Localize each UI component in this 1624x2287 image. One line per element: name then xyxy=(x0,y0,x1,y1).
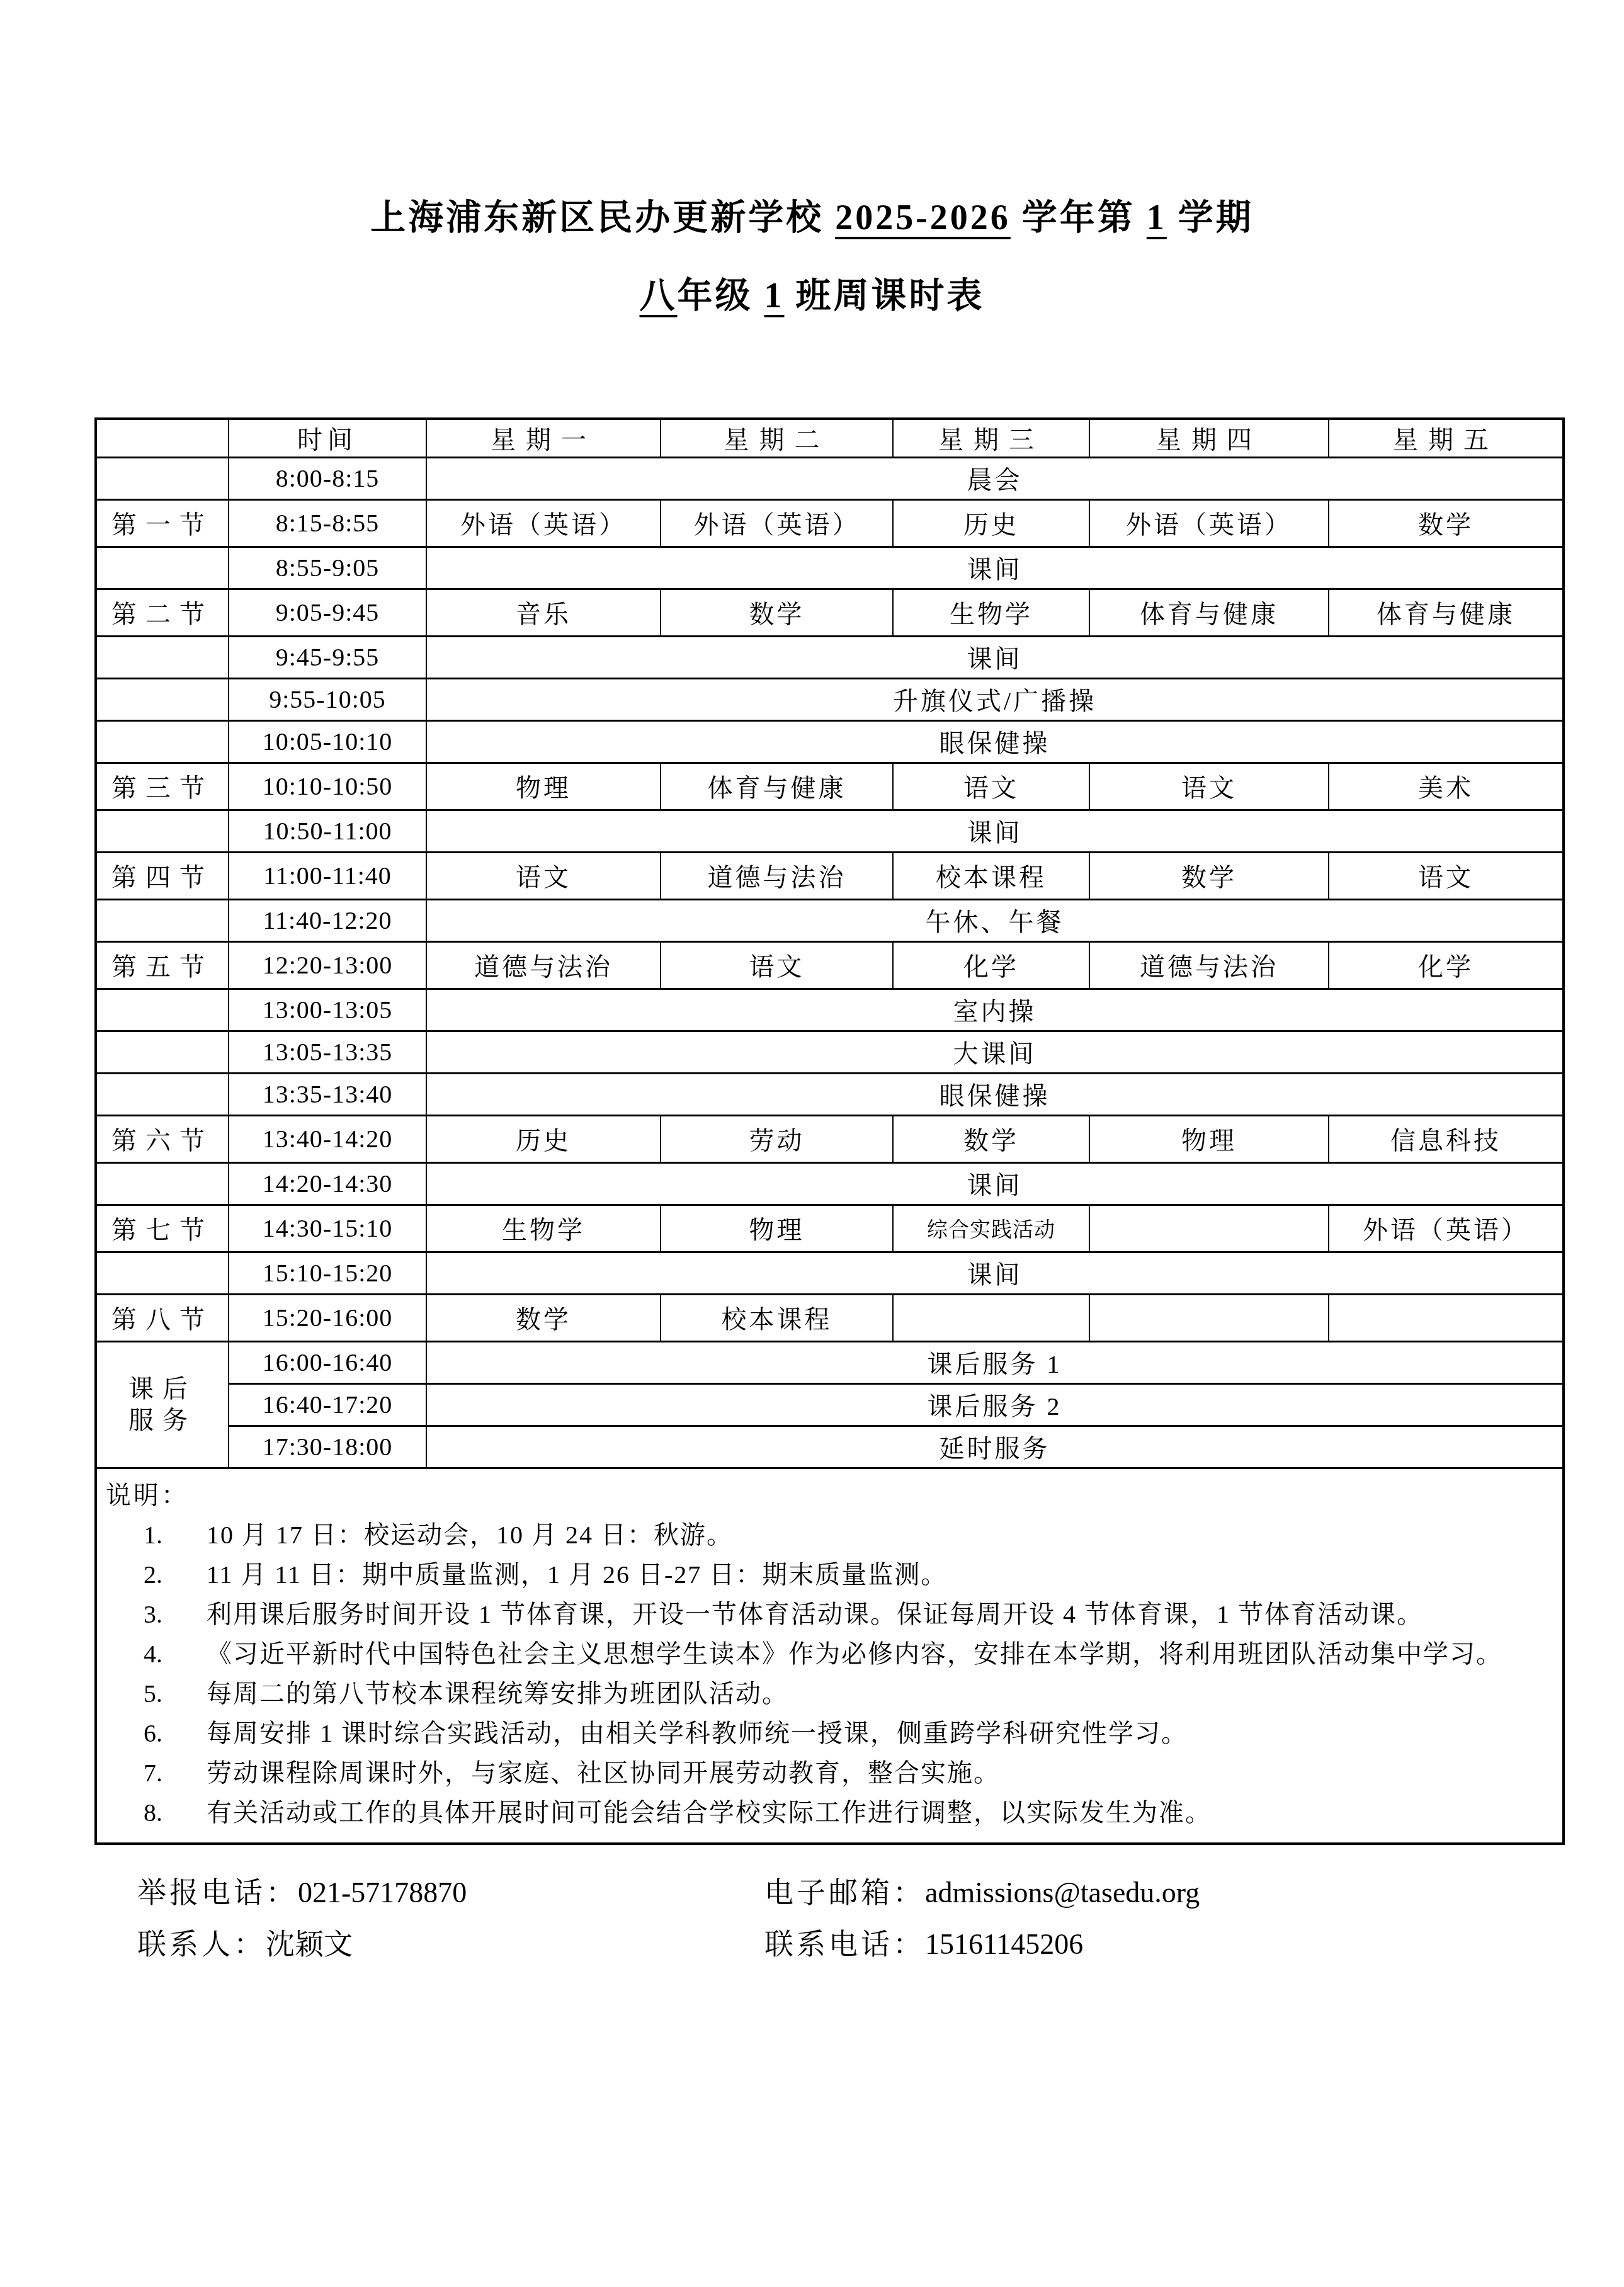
page-title-line2: 八年级 1 班周课时表 xyxy=(0,276,1624,316)
table-row: 第三节10:10-10:50物理体育与健康语文语文美术 xyxy=(96,763,1564,810)
note-number: 5. xyxy=(144,1674,162,1713)
merged-activity-cell: 课间 xyxy=(426,1252,1564,1294)
subject-cell: 数学 xyxy=(1089,852,1329,899)
subject-cell: 美术 xyxy=(1329,763,1564,810)
subject-cell: 数学 xyxy=(893,1115,1089,1162)
period-label-cell xyxy=(96,1073,229,1115)
day-header-tuesday: 星期二 xyxy=(661,419,893,457)
merged-activity-cell: 课间 xyxy=(426,547,1564,589)
subject-cell: 音乐 xyxy=(426,589,661,636)
merged-activity-cell: 课间 xyxy=(426,636,1564,678)
period-label-cell: 第六节 xyxy=(96,1115,229,1162)
time-cell: 9:05-9:45 xyxy=(229,589,426,636)
note-item: 8.有关活动或工作的具体开展时间可能会结合学校实际工作进行调整，以实际发生为准。 xyxy=(106,1793,1559,1832)
period-label-cell xyxy=(96,1252,229,1294)
table-row: 10:05-10:10眼保健操 xyxy=(96,720,1564,763)
period-label-cell: 第八节 xyxy=(96,1294,229,1341)
time-cell: 9:55-10:05 xyxy=(229,678,426,720)
period-label-cell: 第二节 xyxy=(96,589,229,636)
subject-cell: 体育与健康 xyxy=(1089,589,1329,636)
table-row: 8:00-8:15晨会 xyxy=(96,457,1564,499)
period-label-cell xyxy=(96,989,229,1031)
subject-cell: 校本课程 xyxy=(893,852,1089,899)
subject-cell xyxy=(1329,1294,1564,1341)
period-label-line: 服务 xyxy=(97,1405,228,1436)
subject-cell: 道德与法治 xyxy=(661,852,893,899)
period-label-cell: 第七节 xyxy=(96,1205,229,1252)
table-row: 说明：1.10 月 17 日：校运动会，10 月 24 日：秋游。2.11 月 … xyxy=(96,1468,1564,1844)
subject-cell: 数学 xyxy=(661,589,893,636)
table-row: 13:00-13:05室内操 xyxy=(96,989,1564,1031)
table-row: 10:50-11:00课间 xyxy=(96,810,1564,852)
contact-value: admissions@tasedu.org xyxy=(925,1876,1200,1909)
table-row: 第六节13:40-14:20历史劳动数学物理信息科技 xyxy=(96,1115,1564,1162)
subject-cell: 历史 xyxy=(893,499,1089,547)
subject-cell: 语文 xyxy=(1089,763,1329,810)
subject-cell: 外语（英语） xyxy=(661,499,893,547)
subject-cell: 道德与法治 xyxy=(426,941,661,989)
table-row: 16:40-17:20课后服务 2 xyxy=(96,1383,1564,1426)
note-item: 3.利用课后服务时间开设 1 节体育课，开设一节体育活动课。保证每周开设 4 节… xyxy=(106,1594,1559,1634)
subject-cell: 物理 xyxy=(426,763,661,810)
notes-cell: 说明：1.10 月 17 日：校运动会，10 月 24 日：秋游。2.11 月 … xyxy=(96,1468,1564,1844)
subject-cell: 外语（英语） xyxy=(426,499,661,547)
table-row: 8:55-9:05课间 xyxy=(96,547,1564,589)
day-header-friday: 星期五 xyxy=(1329,419,1564,457)
contact-label: 联系电话： xyxy=(764,1928,925,1960)
subject-cell: 数学 xyxy=(1329,499,1564,547)
title-underlined-segment: 八 xyxy=(640,276,678,315)
contact-row: 联系人：沈颖文联系电话：15161145206 xyxy=(137,1927,1535,1962)
table-row: 14:20-14:30课间 xyxy=(96,1162,1564,1205)
period-label-cell: 课后服务 xyxy=(96,1341,229,1468)
subject-cell: 数学 xyxy=(426,1294,661,1341)
subject-cell: 历史 xyxy=(426,1115,661,1162)
subject-cell: 化学 xyxy=(893,941,1089,989)
note-item: 2.11 月 11 日：期中质量监测，1 月 26 日-27 日：期末质量监测。 xyxy=(106,1555,1559,1594)
note-number: 1. xyxy=(144,1515,162,1555)
subject-cell: 综合实践活动 xyxy=(893,1205,1089,1252)
note-number: 8. xyxy=(144,1793,162,1832)
time-cell: 11:00-11:40 xyxy=(229,852,426,899)
note-number: 4. xyxy=(144,1634,162,1674)
note-text: 10 月 17 日：校运动会，10 月 24 日：秋游。 xyxy=(207,1521,733,1549)
title-segment: 学期 xyxy=(1167,198,1254,237)
contact-value: 021-57178870 xyxy=(298,1876,467,1909)
contact-block: 举报电话：021-57178870电子邮箱：admissions@tasedu.… xyxy=(137,1875,1535,1978)
table-row: 9:45-9:55课间 xyxy=(96,636,1564,678)
contact-label: 电子邮箱： xyxy=(764,1876,925,1909)
subject-cell xyxy=(893,1294,1089,1341)
subject-cell: 语文 xyxy=(893,763,1089,810)
time-cell: 14:20-14:30 xyxy=(229,1162,426,1205)
day-header-monday: 星期一 xyxy=(426,419,661,457)
subject-cell xyxy=(1089,1294,1329,1341)
period-label-line: 课后 xyxy=(97,1373,228,1405)
subject-cell: 物理 xyxy=(1089,1115,1329,1162)
time-cell: 9:45-9:55 xyxy=(229,636,426,678)
period-label-cell: 第四节 xyxy=(96,852,229,899)
contact-row: 举报电话：021-57178870电子邮箱：admissions@tasedu.… xyxy=(137,1875,1535,1910)
subject-cell: 语文 xyxy=(661,941,893,989)
notes-heading: 说明： xyxy=(106,1475,1559,1515)
time-cell: 10:50-11:00 xyxy=(229,810,426,852)
note-text: 劳动课程除周课时外，与家庭、社区协同开展劳动教育，整合实施。 xyxy=(207,1759,1000,1787)
merged-activity-cell: 眼保健操 xyxy=(426,720,1564,763)
subject-cell: 体育与健康 xyxy=(661,763,893,810)
title-underlined-segment: 1 xyxy=(764,276,785,315)
period-label-cell xyxy=(96,810,229,852)
header-row: 时间星期一星期二星期三星期四星期五 xyxy=(96,419,1564,457)
table-row: 第五节12:20-13:00道德与法治语文化学道德与法治化学 xyxy=(96,941,1564,989)
period-label-cell xyxy=(96,547,229,589)
merged-activity-cell: 室内操 xyxy=(426,989,1564,1031)
merged-activity-cell: 晨会 xyxy=(426,457,1564,499)
page-title-line1: 上海浦东新区民办更新学校 2025-2026 学年第 1 学期 xyxy=(0,198,1624,238)
title-segment: 上海浦东新区民办更新学校 xyxy=(370,198,835,237)
period-label-cell: 第一节 xyxy=(96,499,229,547)
time-cell: 11:40-12:20 xyxy=(229,899,426,941)
contact-label: 联系人： xyxy=(137,1928,266,1960)
note-number: 6. xyxy=(144,1713,162,1753)
time-cell: 16:00-16:40 xyxy=(229,1341,426,1383)
note-number: 7. xyxy=(144,1753,162,1793)
subject-cell: 劳动 xyxy=(661,1115,893,1162)
note-item: 6.每周安排 1 课时综合实践活动，由相关学科教师统一授课，侧重跨学科研究性学习… xyxy=(106,1713,1559,1753)
period-label-cell xyxy=(96,678,229,720)
note-item: 7.劳动课程除周课时外，与家庭、社区协同开展劳动教育，整合实施。 xyxy=(106,1753,1559,1793)
merged-activity-cell: 课间 xyxy=(426,810,1564,852)
time-cell: 13:40-14:20 xyxy=(229,1115,426,1162)
time-cell: 13:00-13:05 xyxy=(229,989,426,1031)
table-row: 11:40-12:20午休、午餐 xyxy=(96,899,1564,941)
note-item: 5.每周二的第八节校本课程统筹安排为班团队活动。 xyxy=(106,1674,1559,1713)
merged-activity-cell: 午休、午餐 xyxy=(426,899,1564,941)
subject-cell: 生物学 xyxy=(893,589,1089,636)
table-row: 第四节11:00-11:40语文道德与法治校本课程数学语文 xyxy=(96,852,1564,899)
period-label-cell xyxy=(96,457,229,499)
contact-person: 联系人：沈颖文 xyxy=(137,1927,764,1962)
time-cell: 14:30-15:10 xyxy=(229,1205,426,1252)
period-label-cell xyxy=(96,636,229,678)
subject-cell: 道德与法治 xyxy=(1089,941,1329,989)
merged-activity-cell: 课后服务 2 xyxy=(426,1383,1564,1426)
time-cell: 13:35-13:40 xyxy=(229,1073,426,1115)
note-text: 11 月 11 日：期中质量监测，1 月 26 日-27 日：期末质量监测。 xyxy=(207,1560,947,1589)
subject-cell: 外语（英语） xyxy=(1329,1205,1564,1252)
time-cell: 8:00-8:15 xyxy=(229,457,426,499)
table-row: 课后服务16:00-16:40课后服务 1 xyxy=(96,1341,1564,1383)
note-text: 每周安排 1 课时综合实践活动，由相关学科教师统一授课，侧重跨学科研究性学习。 xyxy=(207,1719,1188,1747)
period-label-cell xyxy=(96,899,229,941)
day-header-thursday: 星期四 xyxy=(1089,419,1329,457)
contact-value: 15161145206 xyxy=(925,1928,1083,1960)
table-row: 9:55-10:05升旗仪式/广播操 xyxy=(96,678,1564,720)
title-segment: 学年第 xyxy=(1011,198,1147,237)
subject-cell: 生物学 xyxy=(426,1205,661,1252)
subject-cell: 信息科技 xyxy=(1329,1115,1564,1162)
table-row: 13:05-13:35大课间 xyxy=(96,1031,1564,1073)
table-row: 第八节15:20-16:00数学校本课程 xyxy=(96,1294,1564,1341)
title-segment: 年级 xyxy=(678,276,764,315)
merged-activity-cell: 大课间 xyxy=(426,1031,1564,1073)
document-page: 上海浦东新区民办更新学校 2025-2026 学年第 1 学期 八年级 1 班周… xyxy=(0,0,1624,2287)
note-text: 每周二的第八节校本课程统筹安排为班团队活动。 xyxy=(207,1679,788,1708)
title-underlined-segment: 2025-2026 xyxy=(835,198,1011,237)
note-item: 4.《习近平新时代中国特色社会主义思想学生读本》作为必修内容，安排在本学期，将利… xyxy=(106,1634,1559,1674)
time-cell: 10:05-10:10 xyxy=(229,720,426,763)
note-number: 2. xyxy=(144,1555,162,1594)
time-column-header: 时间 xyxy=(229,419,426,457)
day-header-wednesday: 星期三 xyxy=(893,419,1089,457)
title-segment: 班周课时表 xyxy=(785,276,985,315)
contact-label: 举报电话： xyxy=(137,1876,298,1909)
time-cell: 12:20-13:00 xyxy=(229,941,426,989)
subject-cell: 校本课程 xyxy=(661,1294,893,1341)
time-cell: 13:05-13:35 xyxy=(229,1031,426,1073)
table-row: 17:30-18:00延时服务 xyxy=(96,1426,1564,1468)
contact-value: 沈颖文 xyxy=(266,1928,353,1960)
timetable: 时间星期一星期二星期三星期四星期五 8:00-8:15晨会第一节8:15-8:5… xyxy=(94,417,1565,1845)
time-cell: 15:20-16:00 xyxy=(229,1294,426,1341)
time-cell: 8:55-9:05 xyxy=(229,547,426,589)
subject-cell: 物理 xyxy=(661,1205,893,1252)
time-cell: 8:15-8:55 xyxy=(229,499,426,547)
time-cell: 10:10-10:50 xyxy=(229,763,426,810)
period-label-cell: 第五节 xyxy=(96,941,229,989)
corner-cell xyxy=(96,419,229,457)
table-row: 第七节14:30-15:10生物学物理综合实践活动外语（英语） xyxy=(96,1205,1564,1252)
table-row: 第二节9:05-9:45音乐数学生物学体育与健康体育与健康 xyxy=(96,589,1564,636)
period-label-cell xyxy=(96,1162,229,1205)
contact-email: 电子邮箱：admissions@tasedu.org xyxy=(764,1875,1200,1910)
subject-cell: 化学 xyxy=(1329,941,1564,989)
subject-cell xyxy=(1089,1205,1329,1252)
period-label-cell xyxy=(96,1031,229,1073)
merged-activity-cell: 延时服务 xyxy=(426,1426,1564,1468)
title-underlined-segment: 1 xyxy=(1147,198,1167,237)
note-text: 有关活动或工作的具体开展时间可能会结合学校实际工作进行调整，以实际发生为准。 xyxy=(207,1798,1212,1827)
subject-cell: 语文 xyxy=(426,852,661,899)
note-text: 利用课后服务时间开设 1 节体育课，开设一节体育活动课。保证每周开设 4 节体育… xyxy=(207,1600,1423,1628)
contact-phone: 联系电话：15161145206 xyxy=(764,1927,1083,1962)
note-number: 3. xyxy=(144,1594,162,1634)
merged-activity-cell: 课后服务 1 xyxy=(426,1341,1564,1383)
time-cell: 15:10-15:20 xyxy=(229,1252,426,1294)
subject-cell: 语文 xyxy=(1329,852,1564,899)
table-row: 13:35-13:40眼保健操 xyxy=(96,1073,1564,1115)
time-cell: 17:30-18:00 xyxy=(229,1426,426,1468)
note-text: 《习近平新时代中国特色社会主义思想学生读本》作为必修内容，安排在本学期，将利用班… xyxy=(207,1640,1502,1668)
table-row: 15:10-15:20课间 xyxy=(96,1252,1564,1294)
table-row: 第一节8:15-8:55外语（英语）外语（英语）历史外语（英语）数学 xyxy=(96,499,1564,547)
contact-report-phone: 举报电话：021-57178870 xyxy=(137,1875,764,1910)
time-cell: 16:40-17:20 xyxy=(229,1383,426,1426)
period-label-cell xyxy=(96,720,229,763)
subject-cell: 体育与健康 xyxy=(1329,589,1564,636)
merged-activity-cell: 眼保健操 xyxy=(426,1073,1564,1115)
merged-activity-cell: 升旗仪式/广播操 xyxy=(426,678,1564,720)
subject-cell: 外语（英语） xyxy=(1089,499,1329,547)
period-label-cell: 第三节 xyxy=(96,763,229,810)
note-item: 1.10 月 17 日：校运动会，10 月 24 日：秋游。 xyxy=(106,1515,1559,1555)
merged-activity-cell: 课间 xyxy=(426,1162,1564,1205)
